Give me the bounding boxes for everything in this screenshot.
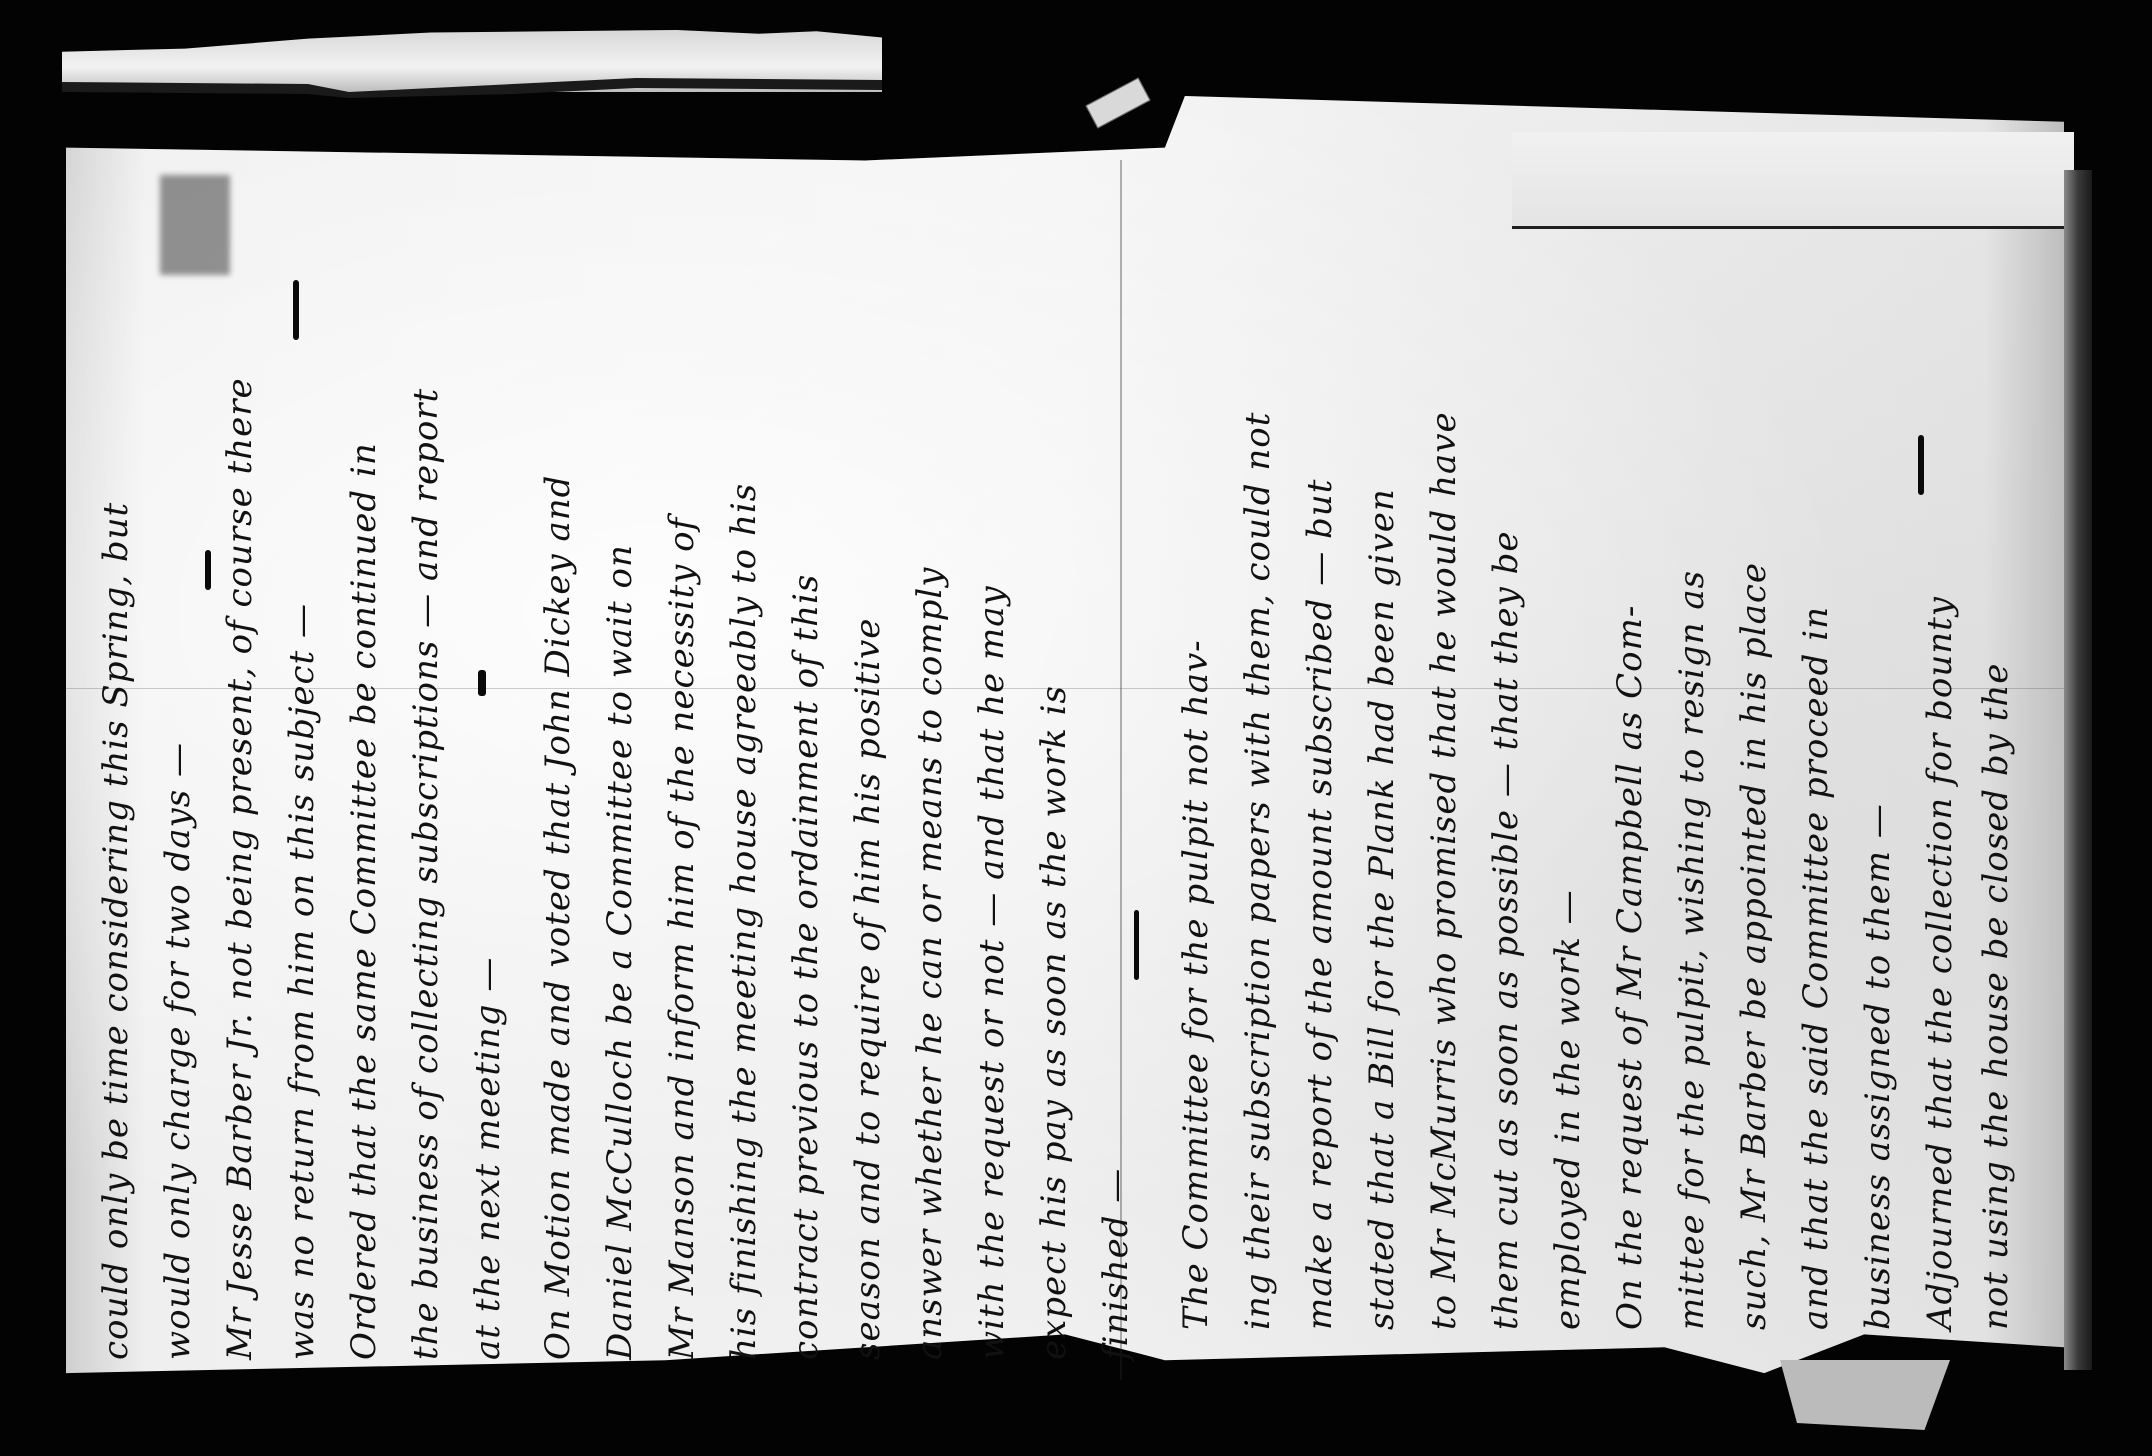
- manuscript-line: at the next meeting —: [468, 957, 508, 1360]
- manuscript-line: would only charge for two days —: [158, 742, 198, 1360]
- pen-dash-mark: [478, 670, 486, 696]
- manuscript-line: finished —: [1096, 1168, 1136, 1360]
- manuscript-line: such, Mr Barber be appointed in his plac…: [1734, 562, 1774, 1330]
- manuscript-line: to Mr McMurris who promised that he woul…: [1424, 411, 1464, 1330]
- pen-dash-mark: [205, 550, 211, 590]
- manuscript-line: with the request or not — and that he ma…: [972, 585, 1012, 1360]
- manuscript-line: them cut as soon as possible — that they…: [1486, 530, 1526, 1330]
- torn-bottom-fragment: [1780, 1360, 1950, 1430]
- manuscript-line: Mr Jesse Barber Jr. not being present, o…: [220, 377, 260, 1360]
- manuscript-line: his finishing the meeting house agreeabl…: [724, 483, 764, 1360]
- manuscript-line: season and to require of him his positiv…: [848, 618, 888, 1360]
- manuscript-line: Adjourned that the collection for bounty: [1920, 596, 1960, 1330]
- pen-dash-mark: [293, 280, 299, 340]
- manuscript-line: and that the said Committee proceed in: [1796, 606, 1836, 1330]
- manuscript-line: business assigned to them —: [1858, 803, 1898, 1330]
- manuscript-line: not using the house be closed by the: [1976, 663, 2016, 1330]
- pen-dash-mark: [1918, 435, 1924, 495]
- manuscript-line: The Committee for the pulpit not hav-: [1176, 639, 1216, 1330]
- manuscript-line: the business of collecting subscriptions…: [406, 388, 446, 1360]
- paper-tag-fragment: [1085, 77, 1150, 128]
- manuscript-line: ing their subscription papers with them,…: [1238, 412, 1278, 1330]
- manuscript-line: Mr Manson and inform him of the necessit…: [662, 517, 702, 1360]
- manuscript-line: Daniel McCulloch be a Committee to wait …: [600, 544, 640, 1360]
- manuscript-line: On the request of Mr Campbell as Com-: [1610, 605, 1650, 1330]
- manuscript-line: could only be time considering this Spri…: [96, 502, 136, 1360]
- handwritten-text-block: could only be time considering this Spri…: [96, 170, 2056, 1370]
- page-right-edge: [2064, 170, 2092, 1370]
- manuscript-line: contract previous to the ordainment of t…: [786, 574, 826, 1360]
- manuscript-line: employed in the work —: [1548, 889, 1588, 1330]
- manuscript-line: expect his pay as soon as the work is: [1034, 685, 1074, 1360]
- manuscript-line: Ordered that the same Committee be conti…: [344, 442, 384, 1360]
- manuscript-line: make a report of the amount subscribed —…: [1300, 479, 1340, 1330]
- pen-dash-mark: [1134, 910, 1139, 980]
- manuscript-line: mittee for the pulpit, wishing to resign…: [1672, 570, 1712, 1330]
- manuscript-line: stated that a Bill for the Plank had bee…: [1362, 488, 1402, 1330]
- manuscript-line: On Motion made and voted that John Dicke…: [538, 475, 578, 1360]
- scanned-document-viewer: could only be time considering this Spri…: [0, 0, 2152, 1456]
- manuscript-line: answer whether he can or means to comply: [910, 567, 950, 1360]
- manuscript-line: was no return from him on this subject —: [282, 603, 322, 1360]
